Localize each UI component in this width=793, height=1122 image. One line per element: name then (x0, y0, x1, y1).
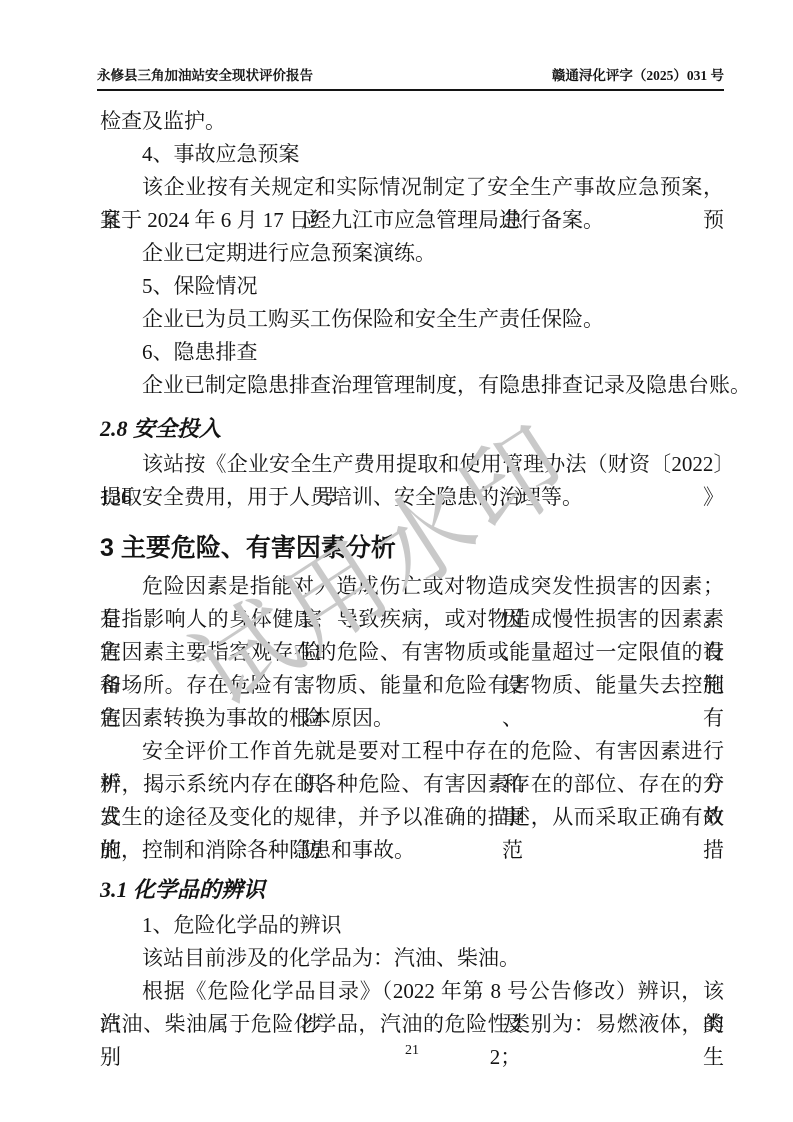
section-heading-3-1: 3.1 化学品的辨识 (100, 871, 724, 909)
body-line: 6、隐患排查 (100, 336, 724, 369)
body-line: 安全评价工作首先就是要对工程中存在的危险、有害因素进行辨识和分 (100, 735, 724, 768)
body-line: 企业已为员工购买工伤保险和安全生产责任保险。 (100, 303, 724, 336)
body-line: 发生的途径及变化的规律，并予以准确的描述，从而采取正确有效的防范措 (100, 801, 724, 834)
body-line: 汽油、柴油属于危险化学品，汽油的危险性类别为：易燃液体，类别 2；生 (100, 1008, 724, 1041)
body-line: 5、保险情况 (100, 270, 724, 303)
body-line: 企业已定期进行应急预案演练。 (100, 237, 724, 270)
body-line: 该企业按有关规定和实际情况制定了安全生产事故应急预案，且应急预 (100, 171, 724, 204)
body-line: 该站目前涉及的化学品为：汽油、柴油。 (100, 942, 724, 975)
section-heading-2-8: 2.8 安全投入 (100, 410, 724, 448)
body-line: 检查及监护。 (100, 105, 724, 138)
document-body: 检查及监护。 4、事故应急预案 该企业按有关规定和实际情况制定了安全生产事故应急… (100, 105, 724, 1041)
body-line: 害因素主要指客观存在的危险、有害物质或能量超过一定限值的设备、设施 (100, 636, 724, 669)
page-header: 永修县三角加油站安全现状评价报告 赣通浔化评字（2025）031 号 (97, 64, 724, 91)
body-line: 该站按《企业安全生产费用提取和使用管理办法（财资〔2022〕136 号）》 (100, 448, 724, 481)
body-line: 1、危险化学品的辨识 (100, 909, 724, 942)
body-line: 危险因素是指能对人造成伤亡或对物造成突发性损害的因素；有害因素 (100, 570, 724, 603)
chapter-heading-3: 3 主要危险、有害因素分析 (100, 526, 724, 570)
header-report-title: 永修县三角加油站安全现状评价报告 (97, 64, 313, 84)
body-line: 4、事故应急预案 (100, 138, 724, 171)
document-page: 永修县三角加油站安全现状评价报告 赣通浔化评字（2025）031 号 检查及监护… (0, 0, 793, 1122)
body-line: 根据《危险化学品目录》（2022 年第 8 号公告修改）辨识，该站涉及的 (100, 975, 724, 1008)
header-doc-number: 赣通浔化评字（2025）031 号 (552, 64, 724, 84)
body-line: 是指影响人的身体健康，导致疾病，或对物造成慢性损害的因素。危险、有 (100, 603, 724, 636)
body-line: 和场所。存在危险有害物质、能量和危险有害物质、能量失去控制危险、有 (100, 669, 724, 702)
body-line: 企业已制定隐患排查治理管理制度，有隐患排查记录及隐患台账。 (100, 369, 724, 402)
body-line: 析，揭示系统内存在的各种危险、有害因素存在的部位、存在的方式、事故 (100, 768, 724, 801)
